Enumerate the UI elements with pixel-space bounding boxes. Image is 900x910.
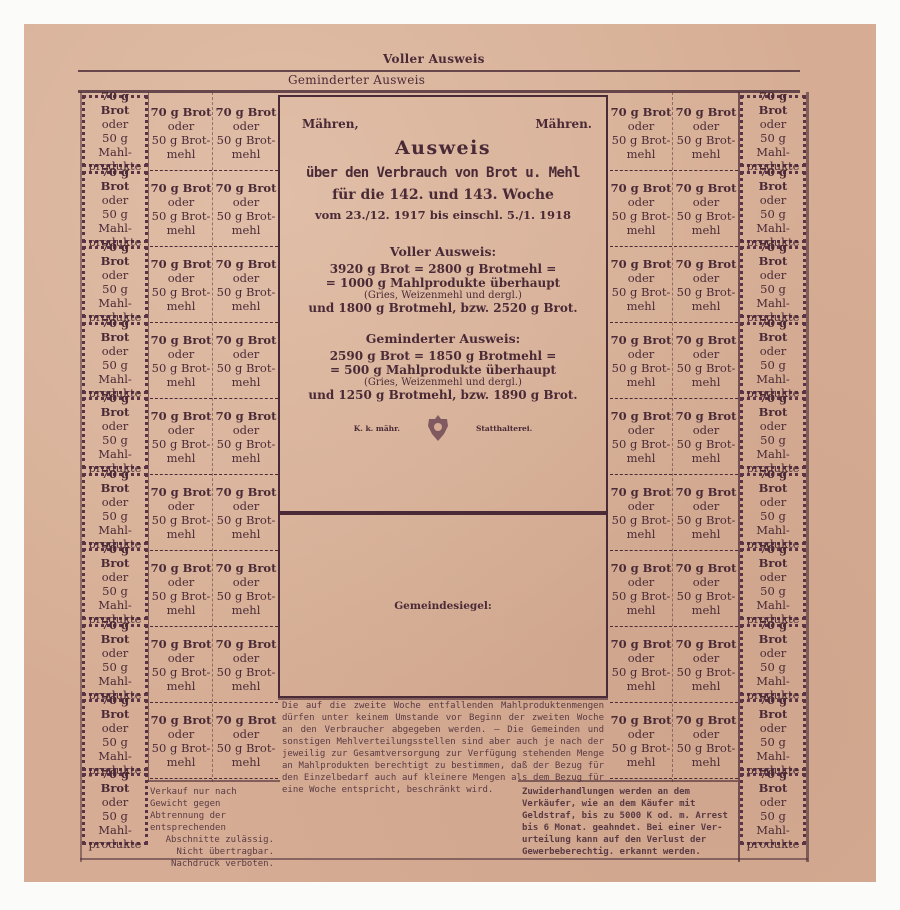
coupon-text: 50 g Mahl- bbox=[85, 509, 145, 537]
coupon-text: 50 g Mahl- bbox=[85, 358, 145, 386]
coupon-text: 70 g Brot bbox=[611, 333, 672, 347]
coupon-text: 50 g Brot- bbox=[217, 665, 276, 679]
coupon-brotmehl: 70 g Brotoder50 g Brot-mehl bbox=[610, 247, 672, 323]
coupon-text: mehl bbox=[232, 451, 261, 465]
coupon-brotmehl: 70 g Brotoder50 g Brot-mehl bbox=[674, 551, 738, 627]
coupon-text: 50 g Brot- bbox=[677, 133, 736, 147]
coupon-text: oder bbox=[760, 495, 787, 509]
coupon-brotmehl: 70 g Brotoder50 g Brot-mehl bbox=[610, 171, 672, 247]
coupon-text: 70 g Brot bbox=[151, 637, 212, 651]
coupon-text: 70 g Brot bbox=[85, 89, 145, 117]
coupon-text: 70 g Brot bbox=[151, 561, 212, 575]
coupon-text: 70 g Brot bbox=[85, 240, 145, 268]
coupon-text: oder bbox=[168, 347, 195, 361]
coupon-text: oder bbox=[760, 646, 787, 660]
coupon-text: mehl bbox=[232, 223, 261, 237]
coupon-text: mehl bbox=[627, 527, 656, 541]
coupon-brotmehl: 70 g Brotoder50 g Brot-mehl bbox=[150, 627, 212, 703]
coupon-mahlprodukte: 70 g Brotoder50 g Mahl-produkte bbox=[740, 246, 806, 318]
coupon-text: 50 g Brot- bbox=[612, 665, 671, 679]
coupon-text: 50 g Brot- bbox=[152, 437, 211, 451]
coupon-text: 70 g Brot bbox=[676, 561, 737, 575]
coupon-text: 70 g Brot bbox=[216, 713, 277, 727]
coupon-text: 50 g Brot- bbox=[217, 437, 276, 451]
coupon-brotmehl: 70 g Brotoder50 g Brot-mehl bbox=[610, 551, 672, 627]
full-line3: (Gries, Weizenmehl und dergl.) bbox=[280, 290, 606, 301]
note-left: Verkauf nur nach Gewicht gegenAbtrennung… bbox=[150, 786, 280, 870]
reduced-line1: 2590 g Brot = 1850 g Brotmehl = bbox=[280, 349, 606, 363]
coupon-text: oder bbox=[233, 651, 260, 665]
coupon-text: oder bbox=[628, 423, 655, 437]
coupon-text: oder bbox=[168, 423, 195, 437]
full-heading: Voller Ausweis: bbox=[280, 244, 606, 259]
main-text-panel: Mähren, Mähren. Ausweis über den Verbrau… bbox=[278, 95, 608, 513]
coupon-text: 70 g Brot bbox=[85, 767, 145, 795]
coupon-brotmehl: 70 g Brotoder50 g Brot-mehl bbox=[610, 475, 672, 551]
note-left-line: Abschnitte zulässig. bbox=[150, 834, 280, 846]
coupon-text: 50 g Brot- bbox=[217, 361, 276, 375]
coupon-text: oder bbox=[102, 646, 129, 660]
coupon-text: oder bbox=[760, 117, 787, 131]
coupon-text: mehl bbox=[232, 147, 261, 161]
coupon-text: 50 g Brot- bbox=[677, 513, 736, 527]
coupon-text: 50 g Brot- bbox=[677, 437, 736, 451]
coupon-text: oder bbox=[628, 727, 655, 741]
note-right-line: urteilung kann auf den Verlust der bbox=[522, 834, 736, 846]
coupon-text: mehl bbox=[167, 375, 196, 389]
coupon-text: mehl bbox=[627, 603, 656, 617]
note-right-line: Gewerbeberechtig. erkannt werden. bbox=[522, 846, 736, 858]
card-subtitle: über den Verbrauch von Brot u. Mehl bbox=[280, 165, 606, 181]
coupon-text: oder bbox=[628, 651, 655, 665]
coupon-text: 50 g Brot- bbox=[612, 513, 671, 527]
coupon-text: 50 g Brot- bbox=[152, 589, 211, 603]
coupon-text: 70 g Brot bbox=[151, 257, 212, 271]
coupon-text: 70 g Brot bbox=[216, 181, 277, 195]
coupon-brotmehl: 70 g Brotoder50 g Brot-mehl bbox=[214, 399, 278, 475]
coupon-text: 70 g Brot bbox=[676, 257, 737, 271]
coupon-text: oder bbox=[233, 271, 260, 285]
coupon-text: 70 g Brot bbox=[743, 89, 803, 117]
coupon-text: 50 g Mahl- bbox=[85, 207, 145, 235]
coupon-text: oder bbox=[693, 119, 720, 133]
municipal-seal-area: Gemeindesiegel: bbox=[278, 513, 608, 698]
coupon-text: 50 g Brot- bbox=[217, 741, 276, 755]
coupon-text: oder bbox=[693, 347, 720, 361]
coupon-text: 50 g Mahl- bbox=[743, 735, 803, 763]
coupon-text: 70 g Brot bbox=[611, 561, 672, 575]
coupon-text: 70 g Brot bbox=[216, 485, 277, 499]
coupon-text: 70 g Brot bbox=[676, 409, 737, 423]
coupon-text: 70 g Brot bbox=[676, 713, 737, 727]
coupon-text: 50 g Brot- bbox=[152, 513, 211, 527]
coupon-brotmehl: 70 g Brotoder50 g Brot-mehl bbox=[150, 475, 212, 551]
coupon-text: 50 g Brot- bbox=[152, 285, 211, 299]
coupon-brotmehl: 70 g Brotoder50 g Brot-mehl bbox=[214, 171, 278, 247]
coupon-mahlprodukte: 70 g Brotoder50 g Mahl-produkte bbox=[82, 624, 148, 696]
coupon-text: mehl bbox=[692, 147, 721, 161]
reduced-line2: = 500 g Mahlprodukte überhaupt bbox=[280, 363, 606, 377]
coupon-text: oder bbox=[102, 795, 129, 809]
coupon-mahlprodukte: 70 g Brotoder50 g Mahl-produkte bbox=[82, 473, 148, 545]
coupon-text: oder bbox=[233, 499, 260, 513]
note-divider bbox=[278, 698, 608, 700]
note-right: Zuwiderhandlungen werden an demVerkäufer… bbox=[522, 786, 736, 858]
coupon-text: 70 g Brot bbox=[85, 693, 145, 721]
coupon-text: oder bbox=[760, 570, 787, 584]
coupon-brotmehl: 70 g Brotoder50 g Brot-mehl bbox=[674, 627, 738, 703]
coupon-text: 50 g Brot- bbox=[217, 209, 276, 223]
coupon-text: 50 g Mahl- bbox=[85, 660, 145, 688]
coupon-text: 70 g Brot bbox=[611, 637, 672, 651]
coupon-text: 70 g Brot bbox=[611, 257, 672, 271]
coupon-text: 70 g Brot bbox=[85, 316, 145, 344]
coupon-text: mehl bbox=[232, 299, 261, 313]
coupon-text: oder bbox=[168, 575, 195, 589]
coupon-text: 50 g Brot- bbox=[612, 437, 671, 451]
coupon-text: mehl bbox=[167, 603, 196, 617]
coupon-mahlprodukte: 70 g Brotoder50 g Mahl-produkte bbox=[82, 548, 148, 620]
coupon-text: oder bbox=[693, 271, 720, 285]
coupon-text: 50 g Brot- bbox=[677, 665, 736, 679]
coupon-text: 70 g Brot bbox=[676, 485, 737, 499]
coupon-text: 70 g Brot bbox=[85, 618, 145, 646]
coupon-text: produkte bbox=[747, 837, 800, 851]
coupon-text: oder bbox=[168, 119, 195, 133]
coupon-text: 70 g Brot bbox=[216, 637, 277, 651]
coupon-text: 70 g Brot bbox=[743, 165, 803, 193]
coupon-text: mehl bbox=[232, 603, 261, 617]
reduced-heading: Geminderter Ausweis: bbox=[280, 331, 606, 346]
coupon-text: 70 g Brot bbox=[151, 333, 212, 347]
coupon-text: 70 g Brot bbox=[743, 467, 803, 495]
full-line1: 3920 g Brot = 2800 g Brotmehl = bbox=[280, 262, 606, 276]
coupon-text: 70 g Brot bbox=[611, 485, 672, 499]
coupon-text: 50 g Mahl- bbox=[85, 131, 145, 159]
coupon-text: mehl bbox=[692, 375, 721, 389]
coupon-brotmehl: 70 g Brotoder50 g Brot-mehl bbox=[610, 95, 672, 171]
coupon-text: 50 g Brot- bbox=[677, 741, 736, 755]
coupon-text: 70 g Brot bbox=[151, 181, 212, 195]
coupon-mahlprodukte: 70 g Brotoder50 g Mahl-produkte bbox=[82, 95, 148, 167]
coupon-text: 50 g Mahl- bbox=[743, 660, 803, 688]
coupon-brotmehl: 70 g Brotoder50 g Brot-mehl bbox=[674, 323, 738, 399]
coupon-text: oder bbox=[102, 570, 129, 584]
reduced-line4: und 1250 g Brotmehl, bzw. 1890 g Brot. bbox=[280, 388, 606, 402]
coupon-text: 70 g Brot bbox=[85, 165, 145, 193]
coupon-text: 70 g Brot bbox=[743, 240, 803, 268]
coupon-text: oder bbox=[760, 795, 787, 809]
coupon-text: 70 g Brot bbox=[216, 409, 277, 423]
coupon-text: 70 g Brot bbox=[151, 105, 212, 119]
coupon-text: mehl bbox=[232, 679, 261, 693]
coupon-text: 50 g Brot- bbox=[152, 133, 211, 147]
coupon-mahlprodukte: 70 g Brotoder50 g Mahl-produkte bbox=[82, 699, 148, 771]
note-right-line: Geldstraf, bis zu 5000 K od. m. Arrest bbox=[522, 810, 736, 822]
coupon-text: oder bbox=[760, 344, 787, 358]
coupon-text: mehl bbox=[232, 527, 261, 541]
coupon-mahlprodukte: 70 g Brotoder50 g Mahl-produkte bbox=[740, 171, 806, 243]
coupon-text: 70 g Brot bbox=[743, 767, 803, 795]
coupon-text: 70 g Brot bbox=[216, 257, 277, 271]
coupon-brotmehl: 70 g Brotoder50 g Brot-mehl bbox=[610, 703, 672, 779]
coupon-brotmehl: 70 g Brotoder50 g Brot-mehl bbox=[674, 475, 738, 551]
coupon-text: oder bbox=[233, 119, 260, 133]
coupon-brotmehl: 70 g Brotoder50 g Brot-mehl bbox=[150, 95, 212, 171]
coupon-text: 50 g Mahl- bbox=[85, 809, 145, 837]
coupon-text: 50 g Brot- bbox=[677, 361, 736, 375]
coupon-text: 50 g Mahl- bbox=[85, 584, 145, 612]
card-period: vom 23./12. 1917 bis einschl. 5./1. 1918 bbox=[280, 208, 606, 222]
coupon-text: 70 g Brot bbox=[676, 637, 737, 651]
coupon-text: 70 g Brot bbox=[85, 467, 145, 495]
coupon-brotmehl: 70 g Brotoder50 g Brot-mehl bbox=[674, 703, 738, 779]
coupon-brotmehl: 70 g Brotoder50 g Brot-mehl bbox=[674, 95, 738, 171]
note-left-line: Nachdruck verboten. bbox=[150, 858, 280, 870]
coupon-text: 70 g Brot bbox=[743, 542, 803, 570]
coupon-text: 50 g Mahl- bbox=[743, 207, 803, 235]
coupon-text: mehl bbox=[627, 375, 656, 389]
coupon-text: mehl bbox=[627, 679, 656, 693]
coupon-text: 70 g Brot bbox=[216, 561, 277, 575]
seal-label: Gemeindesiegel: bbox=[394, 600, 492, 612]
coupon-brotmehl: 70 g Brotoder50 g Brot-mehl bbox=[214, 95, 278, 171]
coupon-text: mehl bbox=[627, 299, 656, 313]
coupon-text: oder bbox=[102, 495, 129, 509]
coupon-text: oder bbox=[628, 195, 655, 209]
coupon-text: 70 g Brot bbox=[85, 542, 145, 570]
coupon-text: oder bbox=[628, 119, 655, 133]
coupon-brotmehl: 70 g Brotoder50 g Brot-mehl bbox=[610, 399, 672, 475]
region-right: Mähren. bbox=[535, 117, 592, 131]
coupon-text: oder bbox=[628, 271, 655, 285]
coupon-text: oder bbox=[102, 344, 129, 358]
coupon-text: oder bbox=[102, 721, 129, 735]
coupon-text: 50 g Mahl- bbox=[743, 809, 803, 837]
coupon-mahlprodukte: 70 g Brotoder50 g Mahl-produkte bbox=[740, 397, 806, 469]
coupon-text: 50 g Brot- bbox=[217, 133, 276, 147]
coupon-text: mehl bbox=[627, 755, 656, 769]
coupon-text: mehl bbox=[692, 679, 721, 693]
coupon-text: 50 g Brot- bbox=[677, 589, 736, 603]
coupon-text: oder bbox=[628, 347, 655, 361]
coupon-text: 50 g Brot- bbox=[612, 361, 671, 375]
coupon-mahlprodukte: 70 g Brotoder50 g Mahl-produkte bbox=[82, 246, 148, 318]
coupon-text: produkte bbox=[89, 837, 142, 851]
coupon-text: mehl bbox=[167, 755, 196, 769]
coupon-text: mehl bbox=[692, 451, 721, 465]
coupon-text: 50 g Brot- bbox=[677, 285, 736, 299]
coupon-text: 70 g Brot bbox=[216, 105, 277, 119]
coupon-brotmehl: 70 g Brotoder50 g Brot-mehl bbox=[610, 627, 672, 703]
coupon-text: 70 g Brot bbox=[611, 409, 672, 423]
coupon-text: 70 g Brot bbox=[743, 316, 803, 344]
coupon-text: 50 g Mahl- bbox=[743, 131, 803, 159]
coupon-text: 70 g Brot bbox=[676, 105, 737, 119]
coupon-mahlprodukte: 70 g Brotoder50 g Mahl-produkte bbox=[740, 548, 806, 620]
coupon-text: 50 g Mahl- bbox=[85, 282, 145, 310]
note-left-line: Nicht übertragbar. bbox=[150, 846, 280, 858]
coupon-text: 50 g Mahl- bbox=[743, 509, 803, 537]
coupon-text: oder bbox=[233, 575, 260, 589]
coupon-text: 70 g Brot bbox=[611, 105, 672, 119]
coupon-text: 70 g Brot bbox=[611, 181, 672, 195]
card-title: Ausweis bbox=[280, 137, 606, 159]
coupon-brotmehl: 70 g Brotoder50 g Brot-mehl bbox=[214, 247, 278, 323]
coupon-text: mehl bbox=[167, 147, 196, 161]
coupon-mahlprodukte: 70 g Brotoder50 g Mahl-produkte bbox=[82, 773, 148, 845]
label-reduced-card: Geminderter Ausweis bbox=[288, 73, 425, 87]
coupon-text: mehl bbox=[692, 603, 721, 617]
coupon-brotmehl: 70 g Brotoder50 g Brot-mehl bbox=[610, 323, 672, 399]
coupon-text: 70 g Brot bbox=[743, 618, 803, 646]
region-left: Mähren, bbox=[302, 117, 359, 131]
note-divider bbox=[518, 780, 738, 782]
issuer-left: K. k. mähr. bbox=[354, 424, 400, 433]
coupon-text: oder bbox=[233, 727, 260, 741]
coupon-brotmehl: 70 g Brotoder50 g Brot-mehl bbox=[214, 627, 278, 703]
coupon-text: oder bbox=[760, 193, 787, 207]
note-left-line: Abtrennung der entsprechenden bbox=[150, 810, 280, 834]
coupon-brotmehl: 70 g Brotoder50 g Brot-mehl bbox=[150, 323, 212, 399]
coupon-text: 50 g Brot- bbox=[217, 285, 276, 299]
coupon-text: 50 g Brot- bbox=[217, 589, 276, 603]
coupon-brotmehl: 70 g Brotoder50 g Brot-mehl bbox=[150, 551, 212, 627]
coupon-text: 50 g Brot- bbox=[677, 209, 736, 223]
issuer-right: Statthalterei. bbox=[476, 424, 532, 433]
imperial-eagle-emblem-icon bbox=[426, 414, 450, 442]
coupon-text: mehl bbox=[167, 451, 196, 465]
note-right-line: bis 6 Monat. geahndet. Bei einer Ver- bbox=[522, 822, 736, 834]
coupon-text: oder bbox=[168, 727, 195, 741]
coupon-text: oder bbox=[760, 268, 787, 282]
coupon-text: 70 g Brot bbox=[676, 333, 737, 347]
coupon-text: 50 g Brot- bbox=[612, 589, 671, 603]
coupon-text: 50 g Mahl- bbox=[743, 358, 803, 386]
coupon-text: oder bbox=[693, 727, 720, 741]
coupon-brotmehl: 70 g Brotoder50 g Brot-mehl bbox=[150, 399, 212, 475]
frame-right bbox=[806, 92, 809, 862]
coupon-text: 50 g Brot- bbox=[152, 209, 211, 223]
coupon-text: 70 g Brot bbox=[151, 713, 212, 727]
coupon-text: oder bbox=[760, 721, 787, 735]
coupon-mahlprodukte: 70 g Brotoder50 g Mahl-produkte bbox=[82, 171, 148, 243]
coupon-text: mehl bbox=[167, 679, 196, 693]
coupon-mahlprodukte: 70 g Brotoder50 g Mahl-produkte bbox=[740, 95, 806, 167]
note-right-line: Zuwiderhandlungen werden an dem bbox=[522, 786, 736, 798]
coupon-text: 70 g Brot bbox=[216, 333, 277, 347]
label-full-card: Voller Ausweis bbox=[383, 52, 485, 66]
coupon-text: oder bbox=[168, 195, 195, 209]
coupon-brotmehl: 70 g Brotoder50 g Brot-mehl bbox=[150, 171, 212, 247]
coupon-text: mehl bbox=[627, 223, 656, 237]
coupon-brotmehl: 70 g Brotoder50 g Brot-mehl bbox=[214, 475, 278, 551]
coupon-text: 50 g Brot- bbox=[152, 665, 211, 679]
coupon-text: oder bbox=[693, 195, 720, 209]
coupon-brotmehl: 70 g Brotoder50 g Brot-mehl bbox=[150, 703, 212, 779]
coupon-text: 70 g Brot bbox=[151, 409, 212, 423]
coupon-mahlprodukte: 70 g Brotoder50 g Mahl-produkte bbox=[740, 699, 806, 771]
full-line4: und 1800 g Brotmehl, bzw. 2520 g Brot. bbox=[280, 301, 606, 315]
coupon-text: mehl bbox=[167, 299, 196, 313]
full-line2: = 1000 g Mahlprodukte überhaupt bbox=[280, 276, 606, 290]
coupon-text: 70 g Brot bbox=[611, 713, 672, 727]
coupon-brotmehl: 70 g Brotoder50 g Brot-mehl bbox=[674, 171, 738, 247]
coupon-text: mehl bbox=[692, 527, 721, 541]
coupon-mahlprodukte: 70 g Brotoder50 g Mahl-produkte bbox=[82, 397, 148, 469]
coupon-text: oder bbox=[233, 347, 260, 361]
coupon-text: mehl bbox=[232, 375, 261, 389]
coupon-text: oder bbox=[628, 575, 655, 589]
coupon-mahlprodukte: 70 g Brotoder50 g Mahl-produkte bbox=[740, 322, 806, 394]
note-left-line: Verkauf nur nach Gewicht gegen bbox=[150, 786, 280, 810]
coupon-text: 50 g Mahl- bbox=[85, 433, 145, 461]
coupon-text: oder bbox=[233, 423, 260, 437]
coupon-text: mehl bbox=[692, 299, 721, 313]
coupon-text: 50 g Brot- bbox=[152, 741, 211, 755]
coupon-text: 70 g Brot bbox=[743, 693, 803, 721]
coupon-mahlprodukte: 70 g Brotoder50 g Mahl-produkte bbox=[82, 322, 148, 394]
coupon-text: 50 g Mahl- bbox=[743, 584, 803, 612]
coupon-text: oder bbox=[693, 499, 720, 513]
coupon-mahlprodukte: 70 g Brotoder50 g Mahl-produkte bbox=[740, 473, 806, 545]
coupon-text: 70 g Brot bbox=[85, 391, 145, 419]
note-divider bbox=[148, 780, 280, 782]
coupon-text: oder bbox=[693, 575, 720, 589]
coupon-mahlprodukte: 70 g Brotoder50 g Mahl-produkte bbox=[740, 773, 806, 845]
coupon-text: 50 g Mahl- bbox=[743, 282, 803, 310]
coupon-brotmehl: 70 g Brotoder50 g Brot-mehl bbox=[150, 247, 212, 323]
coupon-brotmehl: 70 g Brotoder50 g Brot-mehl bbox=[214, 703, 278, 779]
coupon-text: 70 g Brot bbox=[151, 485, 212, 499]
coupon-text: 50 g Brot- bbox=[612, 133, 671, 147]
coupon-text: mehl bbox=[167, 223, 196, 237]
divider-full bbox=[78, 70, 800, 72]
coupon-text: oder bbox=[102, 268, 129, 282]
col-divider bbox=[148, 92, 149, 782]
coupon-text: mehl bbox=[232, 755, 261, 769]
coupon-text: oder bbox=[168, 651, 195, 665]
coupon-text: 50 g Brot- bbox=[612, 285, 671, 299]
coupon-brotmehl: 70 g Brotoder50 g Brot-mehl bbox=[214, 551, 278, 627]
card-weeks: für die 142. und 143. Woche bbox=[280, 187, 606, 203]
coupon-text: mehl bbox=[692, 755, 721, 769]
coupon-text: 50 g Mahl- bbox=[85, 735, 145, 763]
coupon-text: oder bbox=[102, 419, 129, 433]
coupon-text: mehl bbox=[692, 223, 721, 237]
coupon-text: mehl bbox=[627, 451, 656, 465]
coupon-text: oder bbox=[102, 117, 129, 131]
note-right-line: Verkäufer, wie an dem Käufer mit bbox=[522, 798, 736, 810]
coupon-text: 70 g Brot bbox=[743, 391, 803, 419]
coupon-text: 50 g Brot- bbox=[152, 361, 211, 375]
coupon-text: oder bbox=[233, 195, 260, 209]
coupon-text: 50 g Brot- bbox=[217, 513, 276, 527]
coupon-text: oder bbox=[168, 271, 195, 285]
coupon-text: oder bbox=[168, 499, 195, 513]
coupon-text: oder bbox=[760, 419, 787, 433]
coupon-text: oder bbox=[102, 193, 129, 207]
coupon-brotmehl: 70 g Brotoder50 g Brot-mehl bbox=[214, 323, 278, 399]
coupon-text: oder bbox=[693, 651, 720, 665]
divider-reduced bbox=[78, 90, 800, 93]
reduced-line3: (Gries, Weizenmehl und dergl.) bbox=[280, 377, 606, 388]
coupon-text: mehl bbox=[627, 147, 656, 161]
coupon-text: 50 g Brot- bbox=[612, 209, 671, 223]
coupon-brotmehl: 70 g Brotoder50 g Brot-mehl bbox=[674, 247, 738, 323]
coupon-text: 50 g Mahl- bbox=[743, 433, 803, 461]
coupon-brotmehl: 70 g Brotoder50 g Brot-mehl bbox=[674, 399, 738, 475]
